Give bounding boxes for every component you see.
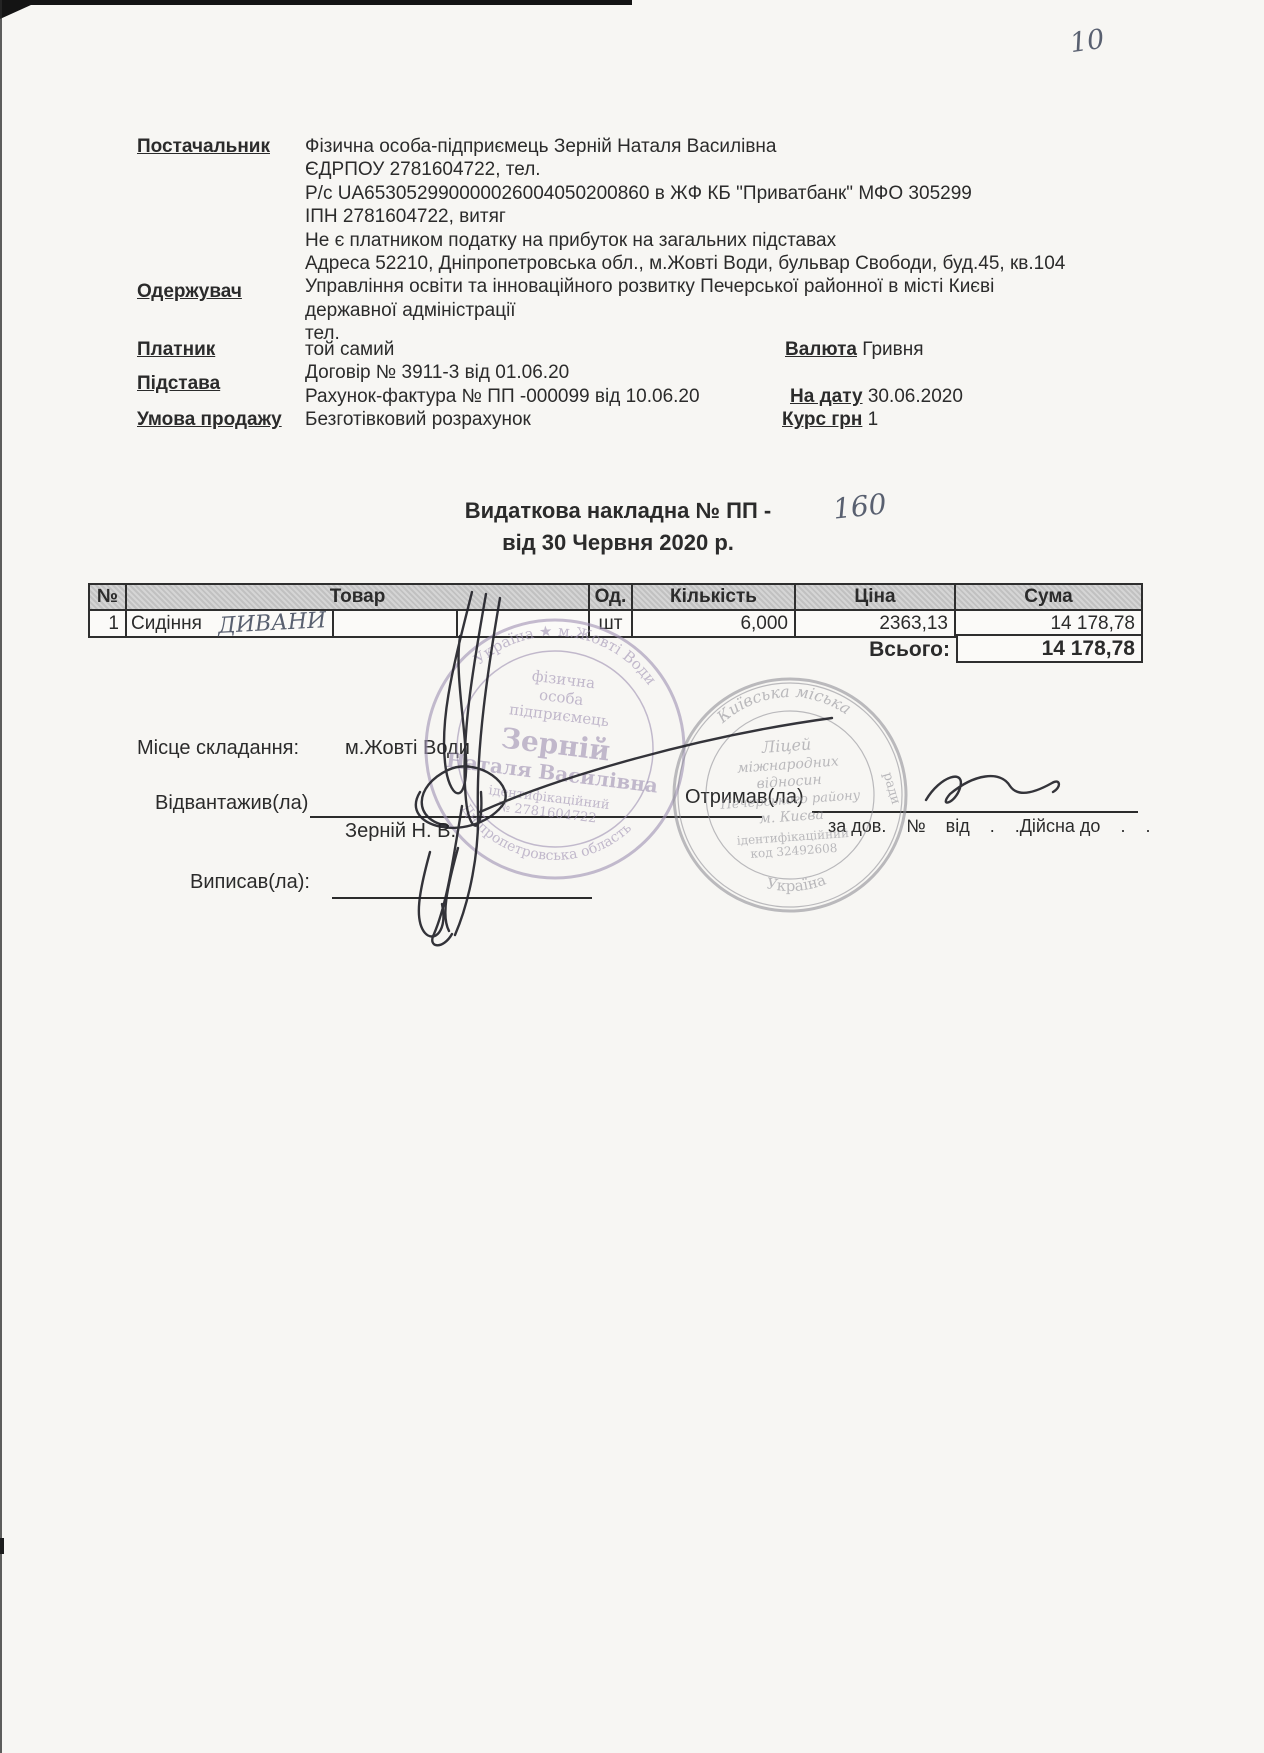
shipped-name: Зерній Н. В. (345, 820, 456, 843)
shipped-label: Відвантажив(ла) (155, 792, 308, 815)
scan-edge-top (0, 0, 632, 5)
stamp-line: Ліцей (760, 734, 812, 756)
svg-text:Київська міська: Київська міська (711, 677, 856, 728)
col-header-num: № (90, 585, 127, 609)
place-label: Місце складання: (137, 737, 299, 760)
cell-sum: 14 178,78 (956, 611, 1141, 636)
stamp-line: міжнародних (736, 754, 839, 777)
supplier-line: Адреса 52210, Дніпропетровська обл., м.Ж… (305, 253, 1065, 275)
col-header-price: Ціна (796, 585, 956, 609)
handwritten-doc-number: 160 (831, 487, 888, 525)
received-signature-line (812, 785, 1138, 813)
rate-field: Курс грн 1 (782, 409, 878, 431)
recipient-label: Одержувач (137, 281, 242, 303)
handwritten-product-note: ДИВАНИ (217, 608, 326, 639)
cell-product-text: Сидіння (131, 613, 202, 635)
recipient-line: Управління освіти та інноваційного розви… (305, 276, 994, 298)
stamp-ring-text: Україна (764, 870, 829, 897)
basis-line: Договір № 3911-3 від 01.06.20 (305, 362, 569, 384)
cell-product-empty (334, 611, 458, 636)
received-note: за дов. № від . .Дійсна до . . (828, 816, 1150, 837)
cell-unit: шт (590, 611, 633, 636)
total-label: Всього: (700, 638, 950, 662)
payer-value: той самий (305, 339, 394, 361)
scan-edge-corner (0, 0, 42, 19)
supplier-line: ЄДРПОУ 2781604722, тел. (305, 159, 541, 181)
place-value: м.Жовті Води (345, 737, 470, 760)
supplier-line: Р/с UA653052990000026004050200860 в ЖФ К… (305, 183, 972, 205)
cell-quantity: 6,000 (633, 611, 796, 636)
cell-num: 1 (90, 611, 127, 636)
sale-terms-value: Безготівковий розрахунок (305, 409, 531, 431)
total-value-box: 14 178,78 (956, 634, 1143, 663)
col-header-unit: Од. (590, 585, 633, 609)
stamp-line: код 32492608 (750, 841, 838, 861)
recipient-line: державної адміністрації (305, 300, 516, 322)
on-date-label: На дату (790, 386, 863, 407)
stamp-line: фізична (531, 667, 596, 693)
svg-text:Україна: Україна (764, 870, 829, 897)
received-label: Отримав(ла) (685, 786, 804, 809)
issued-signature-line (332, 869, 592, 899)
scan-edge-left (0, 0, 2, 1753)
cell-price: 2363,13 (796, 611, 956, 636)
supplier-line: Не є платником податку на прибуток на за… (305, 230, 836, 252)
on-date-value: 30.06.2020 (868, 386, 963, 407)
supplier-label: Постачальник (137, 136, 270, 158)
sale-terms-label: Умова продажу (137, 409, 282, 431)
items-table: № Товар Од. Кількість Ціна Сума 1 Сидінн… (88, 583, 1143, 638)
col-header-product: Товар (127, 585, 590, 609)
document-title-line2: від 30 Червня 2020 р. (288, 530, 948, 556)
col-header-quantity: Кількість (633, 585, 796, 609)
currency-value: Гривня (862, 339, 923, 360)
basis-line: Рахунок-фактура № ПП -000099 від 10.06.2… (305, 386, 700, 408)
table-row: 1 Сидіння ДИВАНИ шт 6,000 2363,13 14 178… (90, 611, 1141, 636)
scanned-invoice-page: 10 Постачальник Одержувач Платник Підста… (0, 0, 1264, 1753)
rate-value: 1 (868, 409, 879, 430)
payer-label: Платник (137, 339, 215, 361)
col-header-sum: Сума (956, 585, 1141, 609)
supplier-line: Фізична особа-підприємець Зерній Наталя … (305, 136, 776, 158)
cell-product-empty (458, 611, 590, 636)
stamp-line: підприємець (508, 700, 610, 730)
on-date-field: На дату 30.06.2020 (790, 386, 963, 408)
supplier-line: ІПН 2781604722, витяг (305, 206, 506, 228)
items-table-header: № Товар Од. Кількість Ціна Сума (90, 585, 1141, 611)
stamp-line: особа (538, 686, 584, 709)
currency-field: Валюта Гривня (785, 339, 924, 361)
issued-label: Виписав(ла): (190, 871, 310, 894)
rate-label: Курс грн (782, 409, 862, 430)
basis-label: Підстава (137, 373, 220, 395)
currency-label: Валюта (785, 339, 857, 360)
cell-product: Сидіння ДИВАНИ (127, 611, 334, 636)
handwritten-page-number: 10 (1068, 24, 1106, 59)
stamp-ring-text: Київська міська (711, 677, 856, 728)
stamp-line: Зерній (499, 721, 612, 767)
scan-edge-tick (0, 1538, 4, 1554)
